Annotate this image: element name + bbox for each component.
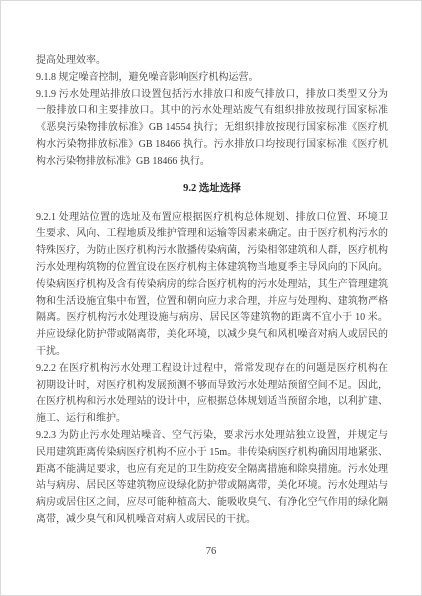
body-paragraph: 9.2.2 在医疗机构污水处理工程设计过程中，常常发现存在的问题是医疗机构在初期…	[36, 361, 388, 428]
body-paragraph: 9.2.1 处理站位置的选址及布置应根据医疗机构总体规划、排放口位置、环境卫生要…	[36, 210, 388, 361]
section-heading: 9.2 选址选择	[36, 181, 388, 197]
body-paragraph: 9.2.3 为防止污水处理站噪音、空气污染，要求污水处理站独立设置，并规定与民用…	[36, 428, 388, 529]
body-paragraph: 提高处理效率。	[36, 53, 388, 70]
page-body: 提高处理效率。 9.1.8 规定噪音控制，避免噪音影响医疗机构运营。 9.1.9…	[36, 53, 388, 529]
page-number: 76	[206, 546, 217, 557]
body-paragraph: 9.1.8 规定噪音控制，避免噪音影响医疗机构运营。	[36, 70, 388, 87]
body-paragraph: 9.1.9 污水处理站排放口设置包括污水排放口和废气排放口，排放口类型又分为一般…	[36, 87, 388, 171]
document-page: 提高处理效率。 9.1.8 规定噪音控制，避免噪音影响医疗机构运营。 9.1.9…	[0, 0, 422, 596]
page-footer: 76	[1, 541, 421, 559]
